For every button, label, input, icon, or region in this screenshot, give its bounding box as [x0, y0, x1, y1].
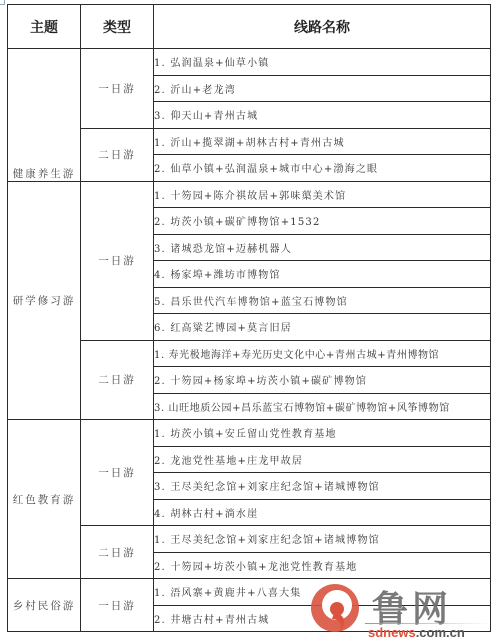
tour-routes-table: 主题 类型 线路名称 健康养生游 一日游 1. 弘润温泉+仙草小镇 2. 沂山+…: [7, 4, 491, 632]
table-row: 研学修习游 一日游 1. 十笏园+陈介祺故居+郭味蕖美术馆: [8, 181, 491, 208]
table-row: 乡村民俗游 一日游 1. 浯风寨+黄鹿井+八喜大集: [8, 579, 491, 606]
route-cell: 1. 十笏园+陈介祺故居+郭味蕖美术馆: [154, 181, 491, 208]
route-cell: 2. 坊茨小镇+碳矿博物馆+1532: [154, 208, 491, 235]
route-cell: 2. 井塘古村+青州古城: [154, 605, 491, 632]
theme-cell: 乡村民俗游: [8, 579, 81, 632]
header-row: 主题 类型 线路名称: [8, 5, 491, 49]
route-cell: 3. 王尽美纪念馆+刘家庄纪念馆+诸城博物馆: [154, 473, 491, 500]
route-cell: 1. 沂山+揽翠湖+胡林古村+青州古城: [154, 128, 491, 155]
type-cell: 一日游: [81, 181, 154, 340]
route-cell: 6. 红高粱艺博园+莫言旧居: [154, 314, 491, 341]
route-cell: 2. 十笏园+杨家埠+坊茨小镇+碳矿博物馆: [154, 367, 491, 394]
type-cell: 一日游: [81, 579, 154, 632]
route-cell: 2. 沂山+老龙湾: [154, 75, 491, 102]
corner-mark: [0, 0, 5, 5]
route-cell: 3. 山旺地质公园+昌乐蓝宝石博物馆+碳矿博物馆+风筝博物馆: [154, 393, 491, 420]
theme-cell: 研学修习游: [8, 181, 81, 420]
table-row: 二日游 1. 王尽美纪念馆+刘家庄纪念馆+诸城博物馆: [8, 526, 491, 553]
route-cell: 3. 诸城恐龙馆+迈赫机器人: [154, 234, 491, 261]
route-cell: 5. 昌乐世代汽车博物馆+蓝宝石博物馆: [154, 287, 491, 314]
route-cell: 1. 弘润温泉+仙草小镇: [154, 49, 491, 76]
route-cell: 3. 仰天山+青州古城: [154, 102, 491, 129]
table-row: 健康养生游 一日游 1. 弘润温泉+仙草小镇: [8, 49, 491, 76]
type-cell: 二日游: [81, 128, 154, 181]
header-theme: 主题: [8, 5, 81, 49]
route-cell: 2. 龙池党性基地+庄龙甲故居: [154, 446, 491, 473]
theme-cell: 健康养生游: [8, 49, 81, 182]
route-cell: 1. 王尽美纪念馆+刘家庄纪念馆+诸城博物馆: [154, 526, 491, 553]
route-cell: 2. 仙草小镇+弘润温泉+城市中心+渤海之眼: [154, 155, 491, 182]
route-cell: 4. 杨家埠+潍坊市博物馆: [154, 261, 491, 288]
table-row: 红色教育游 一日游 1. 坊茨小镇+安丘留山党性教育基地: [8, 420, 491, 447]
route-cell: 1. 浯风寨+黄鹿井+八喜大集: [154, 579, 491, 606]
route-cell: 1. 寿光极地海洋+寿光历史文化中心+青州古城+青州博物馆: [154, 340, 491, 367]
route-cell: 1. 坊茨小镇+安丘留山党性教育基地: [154, 420, 491, 447]
type-cell: 二日游: [81, 526, 154, 579]
theme-cell: 红色教育游: [8, 420, 81, 579]
table-row: 二日游 1. 寿光极地海洋+寿光历史文化中心+青州古城+青州博物馆: [8, 340, 491, 367]
type-cell: 二日游: [81, 340, 154, 420]
table-row: 二日游 1. 沂山+揽翠湖+胡林古村+青州古城: [8, 128, 491, 155]
header-route: 线路名称: [154, 5, 491, 49]
route-cell: 4. 胡林古村+淌水崖: [154, 499, 491, 526]
route-cell: 2. 十笏园+坊茨小镇+龙池党性教育基地: [154, 552, 491, 579]
type-cell: 一日游: [81, 49, 154, 129]
type-cell: 一日游: [81, 420, 154, 526]
header-type: 类型: [81, 5, 154, 49]
